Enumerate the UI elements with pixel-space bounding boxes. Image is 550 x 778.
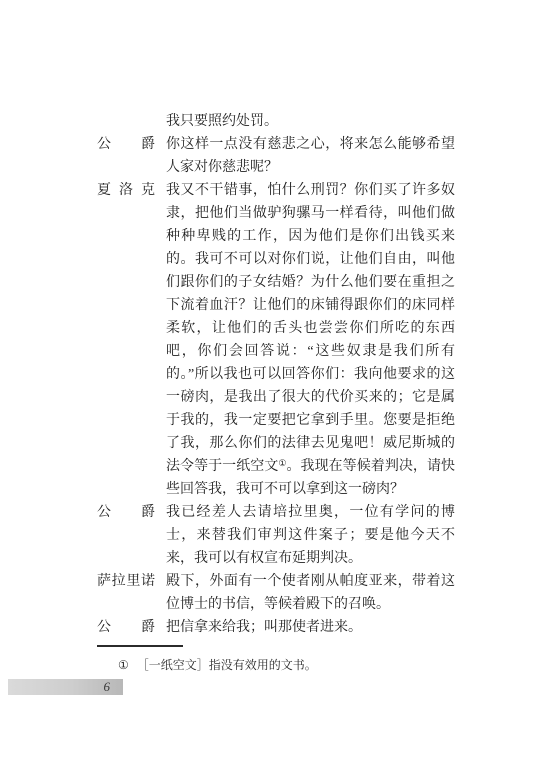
speech-text: 殿下，外面有一个使者刚从帕度亚来，带着这位博士的书信，等候着殿下的召唤。	[166, 570, 455, 616]
dialogue-entry: 公爵 你这样一点没有慈悲之心，将来怎么能够希望人家对你慈悲呢？	[97, 133, 455, 179]
speaker-name: 萨拉里诺	[97, 570, 155, 593]
speaker-name: 公爵	[97, 133, 155, 156]
footnote-marker: ①	[118, 658, 129, 672]
dialogue-entry: 萨拉里诺 殿下，外面有一个使者刚从帕度亚来，带着这位博士的书信，等候着殿下的召唤…	[97, 570, 455, 616]
page-number: 6	[104, 679, 111, 695]
speech-text: 我只要照约处罚。	[166, 110, 455, 133]
dialogue-block: 我只要照约处罚。 公爵 你这样一点没有慈悲之心，将来怎么能够希望人家对你慈悲呢？…	[97, 110, 455, 639]
dialogue-entry: 公爵 把信拿来给我；叫那使者进来。	[97, 616, 455, 639]
page-number-bar: 6	[8, 679, 123, 695]
dialogue-entry: 公爵 我已经差人去请培拉里奥，一位有学问的博士，来替我们审判这件案子；要是他今天…	[97, 501, 455, 570]
speaker-name: 夏洛克	[97, 179, 155, 202]
footnote-text: ［一纸空文］指没有效用的文书。	[137, 658, 317, 672]
book-page: 我只要照约处罚。 公爵 你这样一点没有慈悲之心，将来怎么能够希望人家对你慈悲呢？…	[0, 0, 550, 778]
speech-text: 我已经差人去请培拉里奥，一位有学问的博士，来替我们审判这件案子；要是他今天不来，…	[166, 501, 455, 570]
speaker-name: 公爵	[97, 616, 155, 639]
dialogue-entry: 夏洛克 我又不干错事，怕什么刑罚？你们买了许多奴隶，把他们当做驴狗骡马一样看待，…	[97, 179, 455, 501]
dialogue-entry: 我只要照约处罚。	[97, 110, 455, 133]
footnote: ①［一纸空文］指没有效用的文书。	[118, 657, 458, 674]
speech-text: 我又不干错事，怕什么刑罚？你们买了许多奴隶，把他们当做驴狗骡马一样看待，叫他们做…	[166, 179, 455, 501]
speech-text: 你这样一点没有慈悲之心，将来怎么能够希望人家对你慈悲呢？	[166, 133, 455, 179]
speech-text: 把信拿来给我；叫那使者进来。	[166, 616, 455, 639]
footnote-divider	[97, 645, 183, 647]
speaker-name: 公爵	[97, 501, 155, 524]
